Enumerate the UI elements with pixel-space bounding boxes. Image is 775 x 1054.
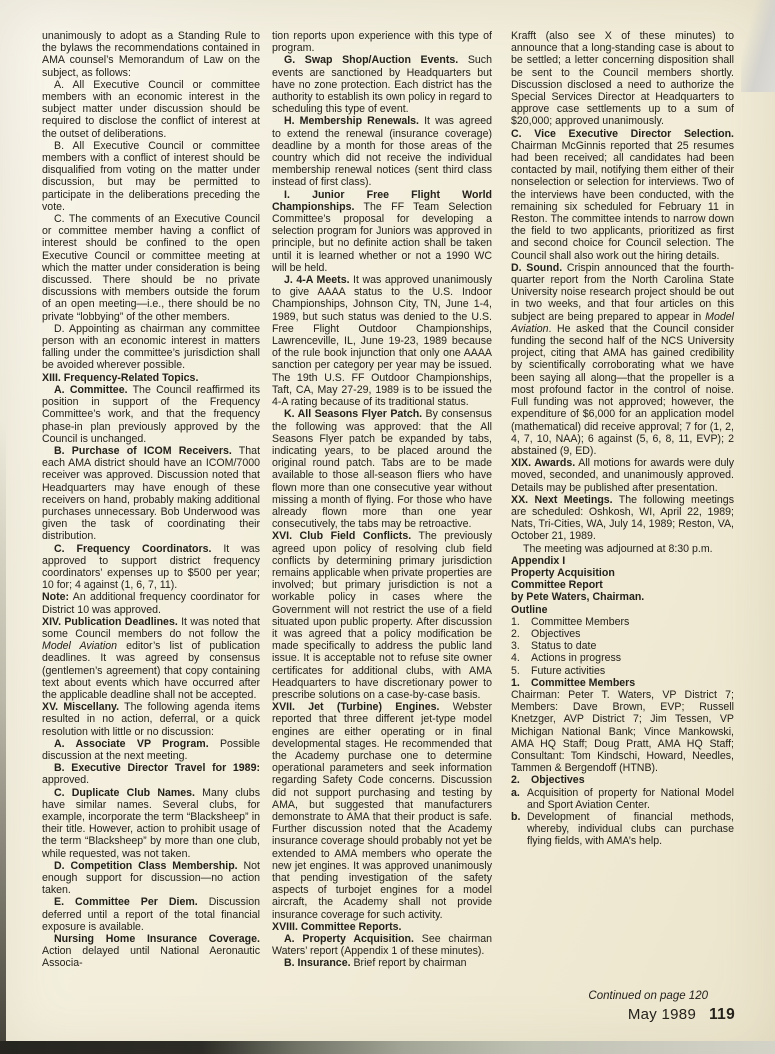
paragraph: B. Purchase of ICOM Receivers. That each… bbox=[42, 445, 260, 543]
paragraph: XIX. Awards. All motions for awards were… bbox=[511, 457, 734, 494]
paragraph: E. Committee Per Diem. Discussion deferr… bbox=[42, 896, 260, 933]
paragraph: XVIII. Committee Reports. bbox=[272, 921, 492, 933]
paragraph: Outline bbox=[511, 604, 734, 616]
scan-edge-bottom bbox=[0, 1041, 775, 1054]
paragraph: 5.Future activities bbox=[511, 665, 734, 677]
scanned-magazine-page: unanimously to adopt as a Standing Rule … bbox=[0, 0, 775, 1054]
paragraph: H. Membership Renewals. It was agreed to… bbox=[272, 115, 492, 188]
paragraph: A. Associate VP Program. Possible discus… bbox=[42, 738, 260, 762]
paragraph: XIII. Frequency-Related Topics. bbox=[42, 372, 260, 384]
paragraph: A. All Executive Council or committee me… bbox=[42, 79, 260, 140]
paragraph: XX. Next Meetings. The following meeting… bbox=[511, 494, 734, 543]
paragraph: C. Duplicate Club Names. Many clubs have… bbox=[42, 787, 260, 860]
page-number: 119 bbox=[709, 1006, 735, 1023]
column-1: unanimously to adopt as a Standing Rule … bbox=[42, 30, 260, 970]
paragraph: Chairman: Peter T. Waters, VP District 7… bbox=[511, 689, 734, 774]
paragraph: XV. Miscellany. The following agenda ite… bbox=[42, 701, 260, 738]
paragraph: XIV. Publication Deadlines. It was noted… bbox=[42, 616, 260, 701]
paragraph: B. Executive Director Travel for 1989: a… bbox=[42, 762, 260, 786]
paragraph: 3.Status to date bbox=[511, 640, 734, 652]
paragraph: by Pete Waters, Chairman. bbox=[511, 591, 734, 603]
paragraph: XVII. Jet (Turbine) Engines. Webster rep… bbox=[272, 701, 492, 921]
issue-date: May 1989 bbox=[628, 1006, 696, 1023]
column-3: Krafft (also see X of these minutes) to … bbox=[511, 30, 734, 848]
paragraph: Property Acquisition bbox=[511, 567, 734, 579]
paragraph: 2.Objectives bbox=[511, 628, 734, 640]
paragraph: B. All Executive Council or committee me… bbox=[42, 140, 260, 213]
paragraph: D. Sound. Crispin announced that the fou… bbox=[511, 262, 734, 457]
paragraph: Krafft (also see X of these minutes) to … bbox=[511, 30, 734, 128]
paragraph: D. Competition Class Membership. Not eno… bbox=[42, 860, 260, 897]
paragraph: K. All Seasons Flyer Patch. By consensus… bbox=[272, 408, 492, 530]
paragraph: 4.Actions in progress bbox=[511, 652, 734, 664]
scan-edge-left bbox=[0, 420, 6, 1041]
paragraph: A. Property Acquisition. See chairman Wa… bbox=[272, 933, 492, 957]
paragraph: D. Appointing as chairman any committee … bbox=[42, 323, 260, 372]
paragraph: tion reports upon experience with this t… bbox=[272, 30, 492, 54]
scan-edge-top-right bbox=[741, 0, 775, 92]
paragraph: Nursing Home Insurance Coverage. Action … bbox=[42, 933, 260, 970]
paragraph: 1.Committee Members bbox=[511, 616, 734, 628]
issue-line: May 1989119 bbox=[511, 1006, 735, 1024]
paragraph: A. Committee. The Council reaffirmed its… bbox=[42, 384, 260, 445]
paragraph: B. Insurance. Brief report by chairman bbox=[272, 957, 492, 969]
paragraph: Appendix I bbox=[511, 555, 734, 567]
continued-note: Continued on page 120 bbox=[511, 990, 735, 1002]
paragraph: a.Acquisition of property for National M… bbox=[511, 787, 734, 811]
paragraph: C. The comments of an Executive Council … bbox=[42, 213, 260, 323]
paragraph: Committee Report bbox=[511, 579, 734, 591]
paragraph: I. Junior Free Flight World Championship… bbox=[272, 189, 492, 274]
paragraph: Note: An additional frequency coordinato… bbox=[42, 591, 260, 615]
paragraph: unanimously to adopt as a Standing Rule … bbox=[42, 30, 260, 79]
paragraph: J. 4-A Meets. It was approved unanimousl… bbox=[272, 274, 492, 408]
page-footer: Continued on page 120 May 1989119 bbox=[511, 990, 735, 1024]
paragraph: 1.Committee Members bbox=[511, 677, 734, 689]
paragraph: The meeting was adjourned at 8:30 p.m. bbox=[511, 543, 734, 555]
paragraph: G. Swap Shop/Auction Events. Such events… bbox=[272, 54, 492, 115]
paragraph: C. Vice Executive Director Selection. Ch… bbox=[511, 128, 734, 262]
paragraph: XVI. Club Field Conflicts. The previousl… bbox=[272, 530, 492, 701]
column-2: tion reports upon experience with this t… bbox=[272, 30, 492, 970]
paragraph: 2.Objectives bbox=[511, 774, 734, 786]
paragraph: b.Development of financial methods, wher… bbox=[511, 811, 734, 848]
paragraph: C. Frequency Coordinators. It was approv… bbox=[42, 543, 260, 592]
